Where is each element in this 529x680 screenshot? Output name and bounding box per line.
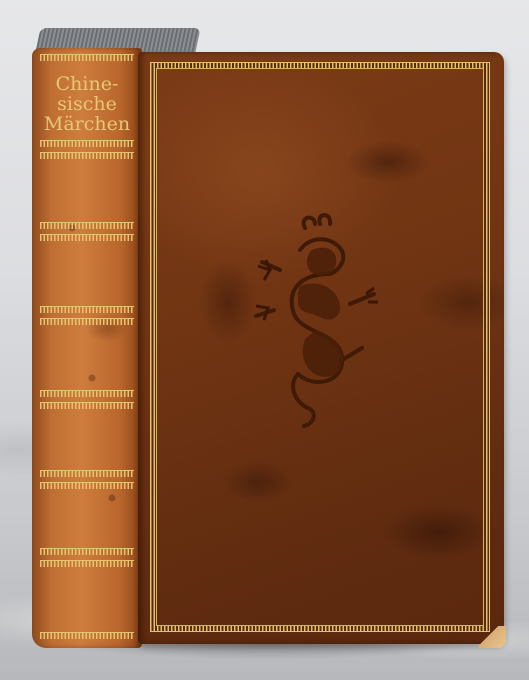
front-cover [138,52,504,644]
gilt-band [40,54,134,61]
spine-title-line-2: sische [32,94,142,114]
gilt-band [40,632,134,639]
gilt-band [40,402,134,409]
book-spine: Chine- sische Märchen [32,48,142,648]
gilt-band [40,140,134,147]
gilt-band [40,234,134,241]
dragon-icon [250,210,380,430]
spine-title-line-3: Märchen [32,114,142,134]
gilt-band [40,318,134,325]
spine-title: Chine- sische Märchen [32,74,142,134]
gilt-band [40,152,134,159]
gilt-band [40,482,134,489]
gilt-band [40,470,134,477]
gilt-band [40,306,134,313]
gilt-band [40,222,134,229]
gilt-band [40,548,134,555]
gilt-band [40,560,134,567]
gilt-band [40,390,134,397]
spine-title-line-1: Chine- [32,74,142,94]
worn-corner [478,626,506,648]
